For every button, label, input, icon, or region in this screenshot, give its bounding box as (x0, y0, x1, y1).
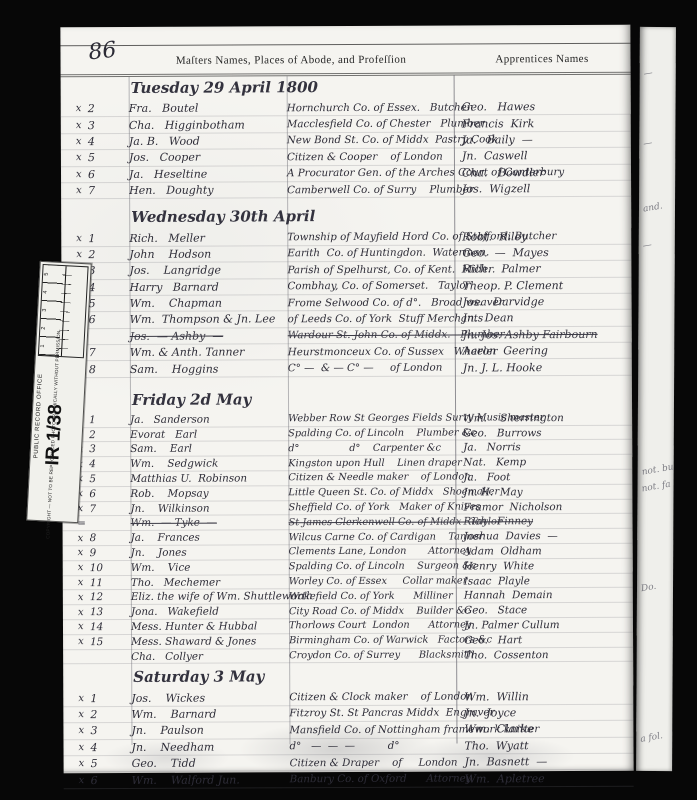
row-check-mark: x (61, 120, 88, 131)
row-number: 3 (88, 119, 129, 132)
abode-and-profession: Thorlows Court London Attorney (289, 620, 456, 632)
row-number: 5 (88, 151, 129, 164)
master-name: Wm. Vice (131, 561, 289, 574)
abode-and-profession: Mansfield Co. of Nottingham framework kn… (289, 723, 456, 736)
handwriting-fragment: not. fa (641, 480, 672, 495)
row-number: 8 (90, 532, 131, 544)
apprentice-name: Henry White (456, 559, 633, 572)
register-row: Cha. Collyer Croydon Co. of Surrey Black… (63, 647, 633, 664)
master-name: Rob. Mopsay (130, 487, 288, 500)
abode-and-profession: St James Clerkenwell Co. of Middx Taylor (289, 516, 456, 528)
register-page: 86 Maſters Names, Places of Abode, and P… (60, 25, 633, 773)
apprentice-name: Ja. Norris (455, 441, 632, 454)
abode-and-profession: Citizen & Draper of London (290, 756, 457, 769)
section-date: Friday 2d May (62, 389, 632, 413)
row-number: 6 (89, 313, 130, 326)
row-number: 2 (88, 248, 129, 261)
row-check-mark: x (61, 185, 88, 196)
apprentice-name: Geo. Stace (456, 604, 633, 617)
row-check-mark: x (61, 169, 88, 180)
row-check-mark: x (63, 533, 90, 544)
row-check-mark: x (63, 742, 90, 753)
master-name: Mess. Shaward & Jones (131, 635, 289, 648)
master-name: Jn. Wilkinson (130, 502, 288, 515)
day-section: Tuesday 29 April 1800 x 2 Fra. Boutel Ho… (61, 77, 632, 200)
master-name: Wm. Walford Jun. (132, 773, 290, 787)
master-name: Matthias U. Robinson (130, 472, 288, 485)
master-name: Ja. Frances (131, 531, 289, 544)
master-name: Jn. Jones (131, 546, 289, 559)
master-name: Wm. Thompson & Jn. Lee (130, 313, 288, 327)
master-name: Jn. Needham (131, 740, 289, 754)
apprentice-name: Theop. P. Clement (454, 278, 631, 292)
row-check-mark: x (63, 607, 90, 618)
master-name: Jn. Paulson (131, 724, 289, 738)
section-date: Wednesday 30th April (61, 206, 631, 230)
master-name: Sam. Earl (130, 443, 288, 456)
sections: Tuesday 29 April 1800 x 2 Fra. Boutel Ho… (61, 75, 634, 789)
master-name: Tho. Mechemer (131, 576, 289, 589)
abode-and-profession: Kingston upon Hull Linen draper (288, 457, 455, 469)
row-check-mark: x (63, 693, 90, 704)
abode-and-profession: Clements Lane, London Attorney (289, 546, 456, 558)
row-number: 6 (89, 488, 130, 500)
day-section: Saturday 3 May x 1 Jos. Wickes Citizen &… (63, 666, 634, 789)
row-check-mark: x (61, 136, 88, 147)
master-name: Eliz. the wife of Wm. Shuttleworth (131, 591, 289, 604)
master-name: Ja. Sanderson (130, 413, 288, 426)
row-number: 5 (89, 473, 130, 485)
handwriting-fragment: a fol. (640, 731, 664, 745)
row-number: 1 (89, 414, 130, 426)
abode-and-profession: Hornchurch Co. of Essex. Butcher. (287, 101, 454, 114)
row-check-mark: x (61, 152, 88, 163)
row-number: 14 (90, 621, 131, 633)
row-check-mark: x (63, 592, 90, 603)
abode-and-profession: Croydon Co. of Surrey Blacksmith (289, 650, 456, 662)
master-name: Jos. — Ashby — (130, 329, 288, 343)
master-name: Wm. — Tyke — (131, 517, 289, 530)
day-section: Wednesday 30th April x 1 Rich. Meller To… (61, 206, 632, 378)
master-name: Cha. Higginbotham (129, 118, 287, 132)
abode-and-profession: Earith Co. of Huntingdon. Waterman. (287, 247, 454, 260)
apprentice-name: Jos. Wigzell (454, 182, 631, 196)
row-number: 10 (90, 562, 131, 574)
abode-and-profession: Township of Mayfield Hord Co. of Staffor… (287, 231, 454, 244)
row-check-mark: x (63, 725, 90, 736)
row-number: 13 (90, 606, 131, 618)
master-name: Wm. Chapman (130, 296, 288, 310)
apprentice-name: Wm. Willin (456, 689, 633, 703)
section-rows: x 1 Rich. Meller Township of Mayfield Ho… (61, 228, 632, 378)
abode-and-profession: Little Queen St. Co. of Middx Shoemaker (288, 487, 455, 499)
section-rows: x 2 Fra. Boutel Hornchurch Co. of Essex.… (61, 99, 631, 200)
register-row: x 6 Wm. Walford Jun. Banbury Co. of Oxfo… (64, 770, 634, 789)
row-check-mark: x (63, 636, 90, 647)
master-name: John Hodson (129, 247, 287, 261)
ruler-number: 5 (44, 273, 50, 276)
row-check-mark: x (61, 103, 88, 114)
apprentice-name: Jn. Caswell (454, 149, 631, 163)
abode-and-profession: Wakefield Co. of York Milliner (289, 590, 456, 602)
row-number: 7 (88, 184, 129, 197)
row-check-mark: x (61, 233, 88, 244)
row-number: 1 (90, 692, 131, 705)
abode-and-profession: Banbury Co. of Oxford Attorney (290, 773, 457, 786)
abode-and-profession: Parish of Spelhurst, Co. of Kent. Miller… (287, 263, 454, 276)
master-name: Wm. & Anth. Tanner (130, 346, 288, 360)
row-number: 15 (90, 636, 131, 648)
row-number: 9 (90, 547, 131, 559)
master-name: Wm. Barnard (131, 707, 289, 721)
row-check-mark: x (64, 775, 91, 786)
apprentice-name: Tho. Wyatt (456, 739, 633, 753)
row-check-mark: x (63, 548, 90, 559)
row-number: 3 (89, 443, 130, 455)
master-name: Jos. Wickes (131, 691, 289, 705)
abode-and-profession: Birmingham Co. of Warwick Factors &c (289, 635, 456, 647)
row-number: 3 (88, 264, 129, 277)
apprentice-name: Geo. Burrows (455, 426, 632, 439)
register-row: x 8 Sam. Hoggins C° — & — C° — of London… (62, 359, 632, 378)
apprentice-name: Jn. J. L. Hooke (455, 360, 632, 374)
abode-and-profession: C° — & — C° — of London (288, 362, 455, 375)
abode-and-profession: Sheffield Co. of York Maker of Knives (288, 502, 455, 514)
apprentice-name: Nat. Kemp (455, 456, 632, 469)
abode-and-profession: Wardour St. John Co. of Middx. Plumber (288, 329, 455, 342)
handwriting-fragment: and. (642, 201, 663, 214)
master-name: Geo. Tidd (132, 756, 290, 770)
row-number: 6 (91, 773, 132, 786)
row-check-mark: x (63, 562, 90, 573)
apprentice-name: Isaac Playle (456, 574, 633, 587)
master-name: Jos. Cooper (129, 151, 287, 165)
handwriting-fragment: — (643, 68, 654, 79)
abode-and-profession: Spalding Co. of Lincoln Surgeon &c (289, 561, 456, 573)
abode-and-profession: New Bond St. Co. of Middx Pastry Cook (287, 134, 454, 147)
abode-and-profession: Worley Co. of Essex Collar maker (289, 576, 456, 588)
row-number: 7 (89, 346, 130, 359)
apprentice-name: Framor Nicholson (455, 500, 632, 513)
master-name: Fra. Boutel (129, 101, 287, 115)
abode-and-profession: Wilcus Carne Co. of Cardigan Tanner (289, 531, 456, 543)
row-number: 4 (89, 458, 130, 470)
abode-and-profession: Citizen & Clock maker of London (289, 691, 456, 704)
master-name: Wm. Sedgwick (130, 457, 288, 470)
master-name: Jos. Langridge (129, 264, 287, 278)
row-number: 4 (90, 741, 131, 754)
printed-column-header: Maſters Names, Places of Abode, and Prof… (60, 43, 630, 77)
abode-and-profession: Fitzroy St. St Pancras Middx Engraver (289, 707, 456, 720)
apprentice-name: Geo. Hawes (454, 100, 631, 114)
microfilm-scan-background: 86 Maſters Names, Places of Abode, and P… (0, 0, 697, 800)
master-name: Ja. B. Wood (129, 134, 287, 148)
row-number: 4 (88, 281, 129, 294)
ruler-scale-numbers: 54321 (39, 265, 52, 355)
abode-and-profession: Citizen & Needle maker of London (288, 472, 455, 484)
row-number: 2 (89, 428, 130, 440)
row-check-mark: x (63, 577, 90, 588)
abode-and-profession: Frome Selwood Co. of d°. Broad weaver (288, 296, 455, 309)
handwriting-fragment: not. bu (641, 462, 674, 477)
abode-and-profession: Webber Row St Georges Fields Surry Music… (288, 413, 455, 425)
row-number: 2 (88, 102, 129, 115)
apprentice-name: Tho. Cossenton (456, 648, 633, 661)
row-number: 4 (88, 135, 129, 148)
row-check-mark: x (64, 758, 91, 769)
master-name: Harry Barnard (129, 280, 287, 294)
abode-and-profession: City Road Co. of Middx Builder &c (289, 605, 456, 617)
register-row: x 7 Hen. Doughty Camberwell Co. of Surry… (61, 181, 631, 200)
apprentices-column-header: Apprentices Names (453, 53, 630, 66)
apprentice-name: Hannah Demain (456, 589, 633, 602)
row-check-mark: x (63, 622, 90, 633)
abode-and-profession: Camberwell Co. of Surry Plumber (287, 183, 454, 196)
row-number: 5 (89, 297, 130, 310)
section-rows: x 1 Jos. Wickes Citizen & Clock maker of… (63, 688, 633, 789)
abode-and-profession: Combhay, Co. of Somerset. Taylor (287, 280, 454, 293)
handwriting-fragment: — (642, 240, 653, 251)
apprentice-name: Ja. Foot (455, 471, 632, 484)
abode-and-profession: Spalding Co. of Lincoln Plumber &c (288, 428, 455, 440)
day-section: Friday 2d May x 1 Ja. Sanderson Webber R… (62, 389, 633, 665)
apprentice-name: Jn. Basnett — (457, 755, 634, 769)
row-check-mark: x (63, 709, 90, 720)
master-name: Rich. Meller (129, 231, 287, 245)
apprentice-name: Adam Oldham (456, 545, 633, 558)
master-name: Sam. Hoggins (130, 362, 288, 376)
masters-column-header: Maſters Names, Places of Abode, and Prof… (128, 54, 453, 67)
ruler-number: 2 (41, 326, 47, 329)
handwriting-fragment: — (643, 138, 654, 149)
handwriting-fragment: Do. (640, 582, 657, 594)
abode-and-profession: Heurstmonceux Co. of Sussex Wheeler (288, 345, 455, 358)
abode-and-profession: Macclesfield Co. of Chester Plumber (287, 118, 454, 131)
apprentice-name: Jn. Palmer Cullum (456, 619, 633, 632)
row-number: 8 (89, 363, 130, 376)
master-name: Jona. Wakefield (131, 605, 289, 618)
abode-and-profession: of Leeds Co. of York Stuff Merchants (288, 313, 455, 326)
master-name: Cha. Collyer (131, 650, 289, 663)
master-name: Mess. Hunter & Hubbal (131, 620, 289, 633)
master-name: Hen. Doughty (129, 183, 287, 197)
row-number: 6 (88, 168, 129, 181)
apprentice-name: Wm. Apletree (457, 771, 634, 785)
row-number: 3 (90, 724, 131, 737)
row-number: 5 (91, 757, 132, 770)
row-number: 7 (89, 502, 130, 514)
adjacent-page-edge: ——and.—not. bunot. faDo.a fol. (636, 27, 676, 771)
row-number: 2 (90, 708, 131, 721)
master-name: Evorat Earl (130, 428, 288, 441)
row-number: 11 (90, 576, 131, 588)
abode-and-profession: d° — — — d° (289, 740, 456, 753)
section-rows: x 1 Ja. Sanderson Webber Row St Georges … (62, 411, 633, 665)
row-number: 12 (90, 591, 131, 603)
abode-and-profession: A Procurator Gen. of the Arches Court of… (287, 167, 454, 180)
section-date: Tuesday 29 April 1800 (61, 77, 631, 101)
row-check-mark: x (61, 249, 88, 260)
master-name: Ja. Heseltine (129, 167, 287, 181)
section-date: Saturday 3 May (63, 666, 633, 690)
row-number: 1 (88, 231, 129, 244)
abode-and-profession: d° d° Carpenter &c (288, 442, 455, 454)
abode-and-profession: Citizen & Cooper of London (287, 150, 454, 163)
ruler-number: 3 (42, 308, 48, 311)
ruler-number: 4 (43, 291, 49, 294)
